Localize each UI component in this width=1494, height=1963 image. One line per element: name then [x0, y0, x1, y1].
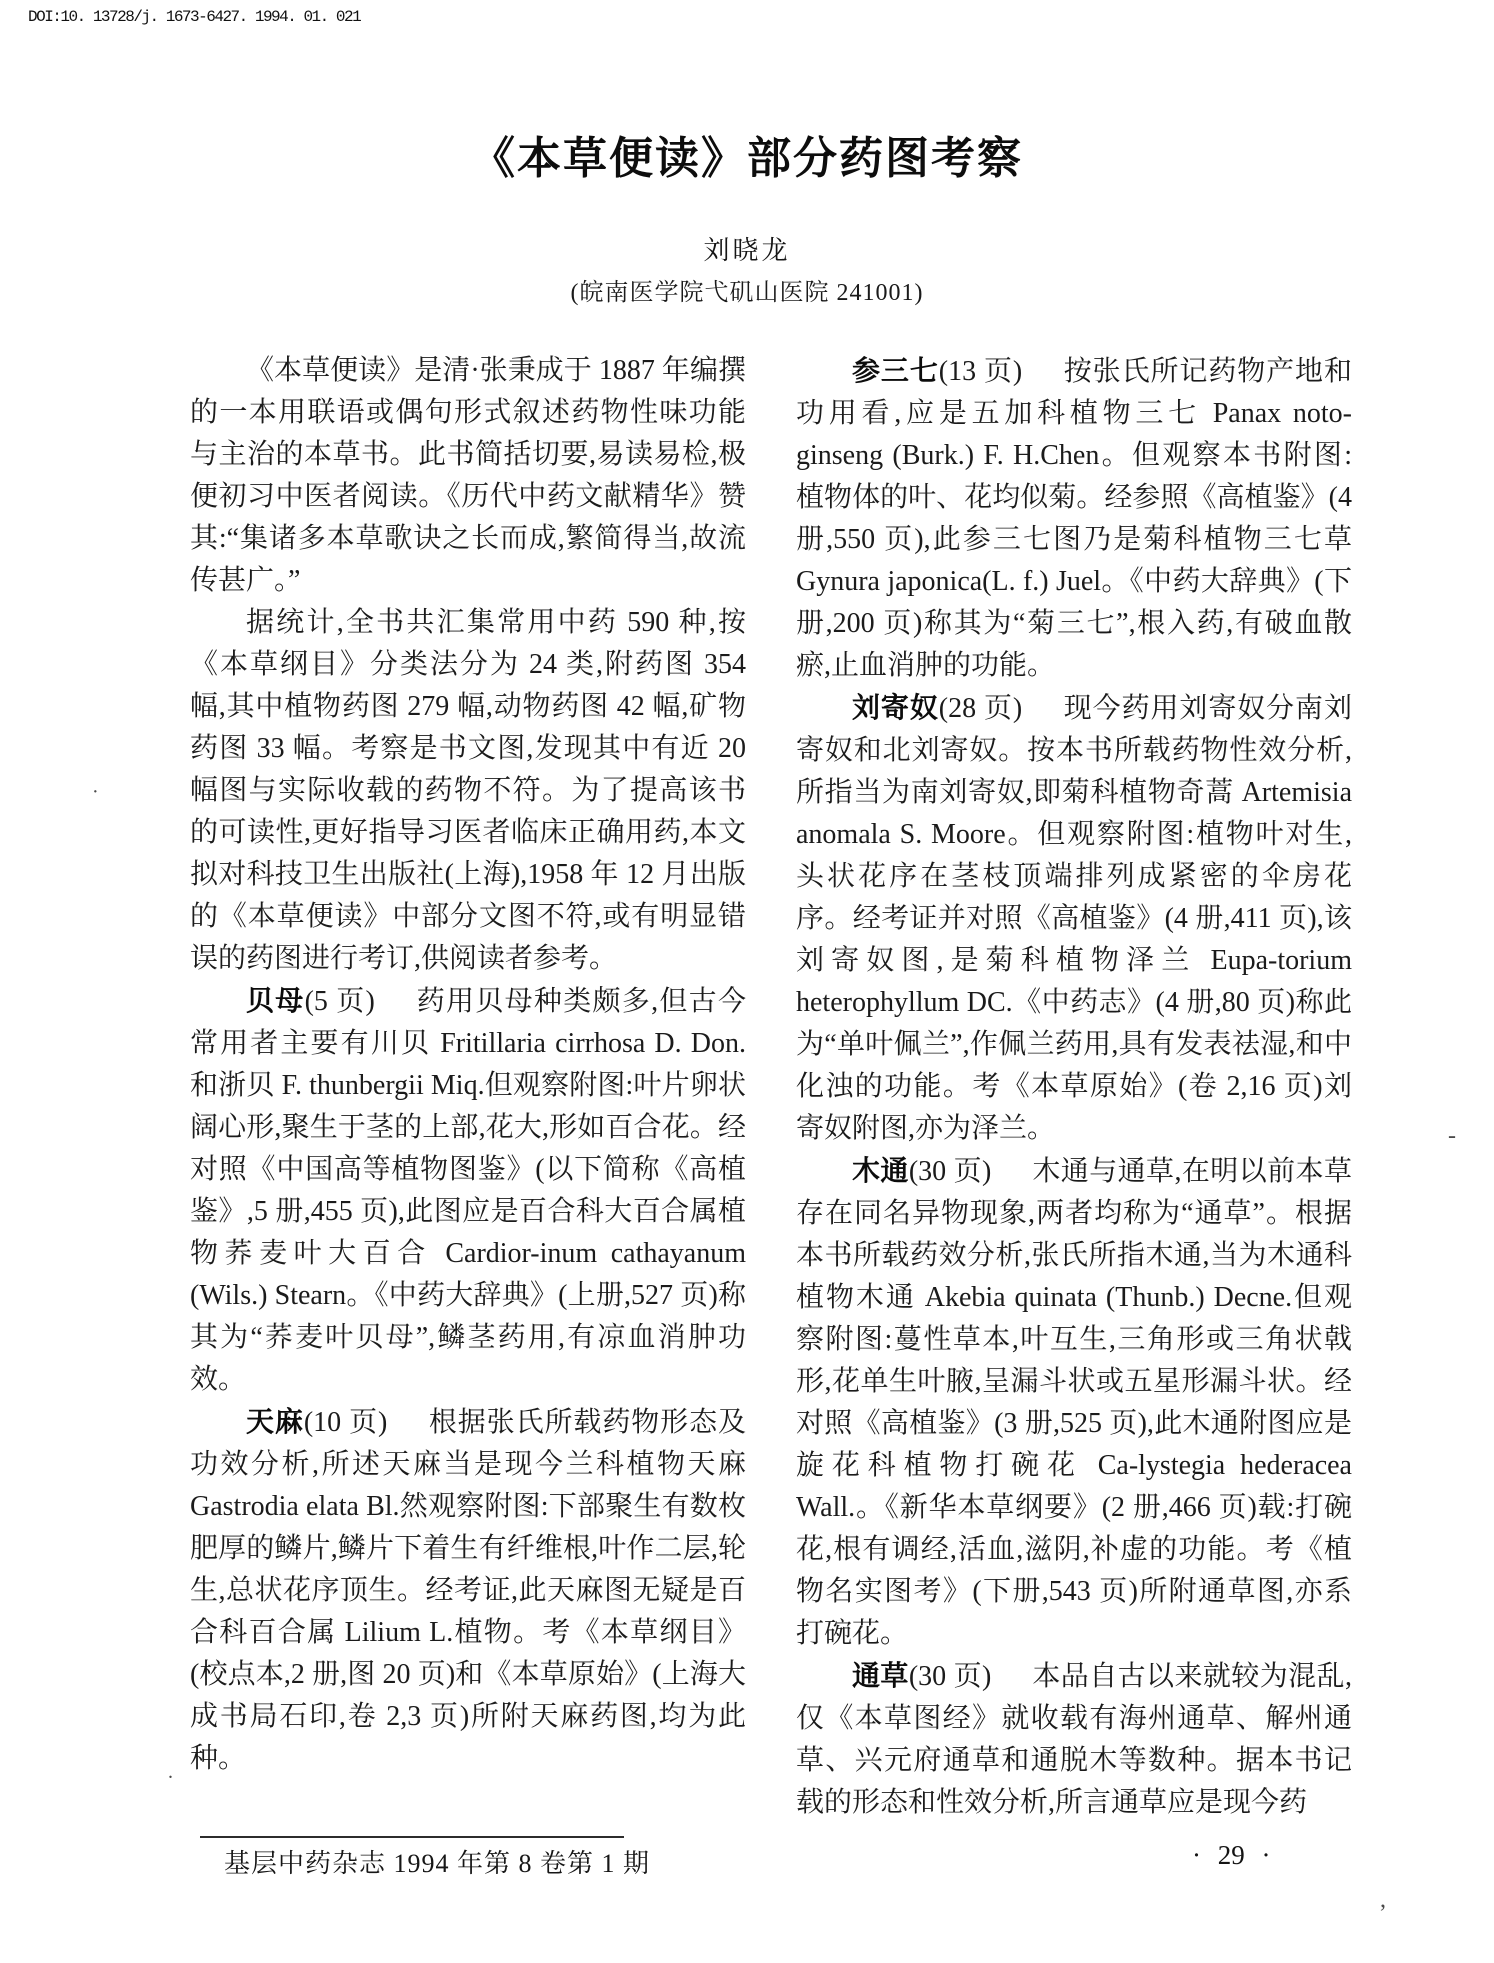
entry-term: 参三七 — [852, 355, 939, 386]
entry-mutong: 木通(30 页)木通与通草,在明以前本草存在同名异物现象,两者均称为“通草”。根… — [796, 1150, 1352, 1655]
entry-beimu: 贝母(5 页)药用贝母种类颇多,但古今常用者主要有川贝 Fritillaria … — [190, 980, 746, 1401]
entry-page-ref: (10 页) — [304, 1407, 387, 1438]
entry-tongcao: 通草(30 页)本品自古以来就较为混乱,仅《本草图经》就收载有海州通草、解州通草… — [796, 1655, 1352, 1824]
intro-paragraph: 《本草便读》是清·张秉成于 1887 年编撰的一本用联语或偶句形式叙述药物性味功… — [190, 350, 746, 602]
entry-term: 刘寄奴 — [852, 692, 939, 723]
article-title: 《本草便读》部分药图考察 — [0, 122, 1494, 186]
entry-liujinu: 刘寄奴(28 页)现今药用刘寄奴分南刘寄奴和北刘寄奴。按本书所载药物性效分析,所… — [796, 687, 1352, 1150]
entry-page-ref: (13 页) — [939, 356, 1022, 387]
journal-page: DOI:10. 13728/j. 1673-6427. 1994. 01. 02… — [0, 0, 1494, 1963]
paragraph-text: 《本草便读》是清·张秉成于 1887 年编撰的一本用联语或偶句形式叙述药物性味功… — [190, 355, 746, 596]
statistics-paragraph: 据统计,全书共汇集常用中药 590 种,按《本草纲目》分类法分为 24 类,附药… — [190, 602, 746, 980]
article-body: 《本草便读》是清·张秉成于 1887 年编撰的一本用联语或偶句形式叙述药物性味功… — [190, 350, 1352, 1824]
page-number: · 29 · — [1192, 1840, 1270, 1871]
entry-text: 现今药用刘寄奴分南刘寄奴和北刘寄奴。按本书所载药物性效分析,所指当为南刘寄奴,即… — [796, 693, 1352, 1144]
author-affiliation: (皖南医学院弋矶山医院 241001) — [0, 272, 1494, 307]
entry-text: 药用贝母种类颇多,但古今常用者主要有川贝 Fritillaria cirrhos… — [190, 986, 746, 1395]
entry-tianma: 天麻(10 页)根据张氏所载药物形态及功效分析,所述天麻当是现今兰科植物天麻 G… — [190, 1401, 746, 1780]
entry-page-ref: (30 页) — [909, 1661, 992, 1692]
entry-term: 木通 — [852, 1155, 909, 1186]
entry-page-ref: (28 页) — [939, 693, 1022, 724]
entry-text: 根据张氏所载药物形态及功效分析,所述天麻当是现今兰科植物天麻 Gastrodia… — [190, 1407, 746, 1774]
entry-shensanqi: 参三七(13 页)按张氏所记药物产地和功用看,应是五加科植物三七 Panax n… — [796, 350, 1352, 687]
journal-issue-line: 基层中药杂志 1994 年第 8 卷第 1 期 — [200, 1843, 624, 1880]
right-column: 参三七(13 页)按张氏所记药物产地和功用看,应是五加科植物三七 Panax n… — [796, 350, 1352, 1824]
entry-page-ref: (30 页) — [909, 1156, 992, 1187]
scan-artifact: , — [1380, 1888, 1386, 1912]
scan-artifact: . — [168, 1762, 173, 1782]
journal-footnote: 基层中药杂志 1994 年第 8 卷第 1 期 — [200, 1836, 624, 1880]
doi-line: DOI:10. 13728/j. 1673-6427. 1994. 01. 02… — [28, 8, 360, 26]
paragraph-text: 据统计,全书共汇集常用中药 590 种,按《本草纲目》分类法分为 24 类,附药… — [190, 607, 746, 974]
author-name: 刘晓龙 — [0, 230, 1494, 267]
entry-term: 贝母 — [246, 985, 305, 1016]
left-column: 《本草便读》是清·张秉成于 1887 年编撰的一本用联语或偶句形式叙述药物性味功… — [190, 350, 746, 1824]
scan-artifact: - — [1448, 1124, 1456, 1148]
entry-term: 通草 — [852, 1660, 909, 1691]
scan-artifact: · — [92, 782, 99, 802]
entry-term: 天麻 — [246, 1406, 304, 1437]
entry-text: 木通与通草,在明以前本草存在同名异物现象,两者均称为“通草”。根据本书所载药效分… — [796, 1156, 1352, 1649]
entry-page-ref: (5 页) — [305, 986, 375, 1017]
entry-text: 按张氏所记药物产地和功用看,应是五加科植物三七 Panax noto-ginse… — [796, 356, 1352, 681]
